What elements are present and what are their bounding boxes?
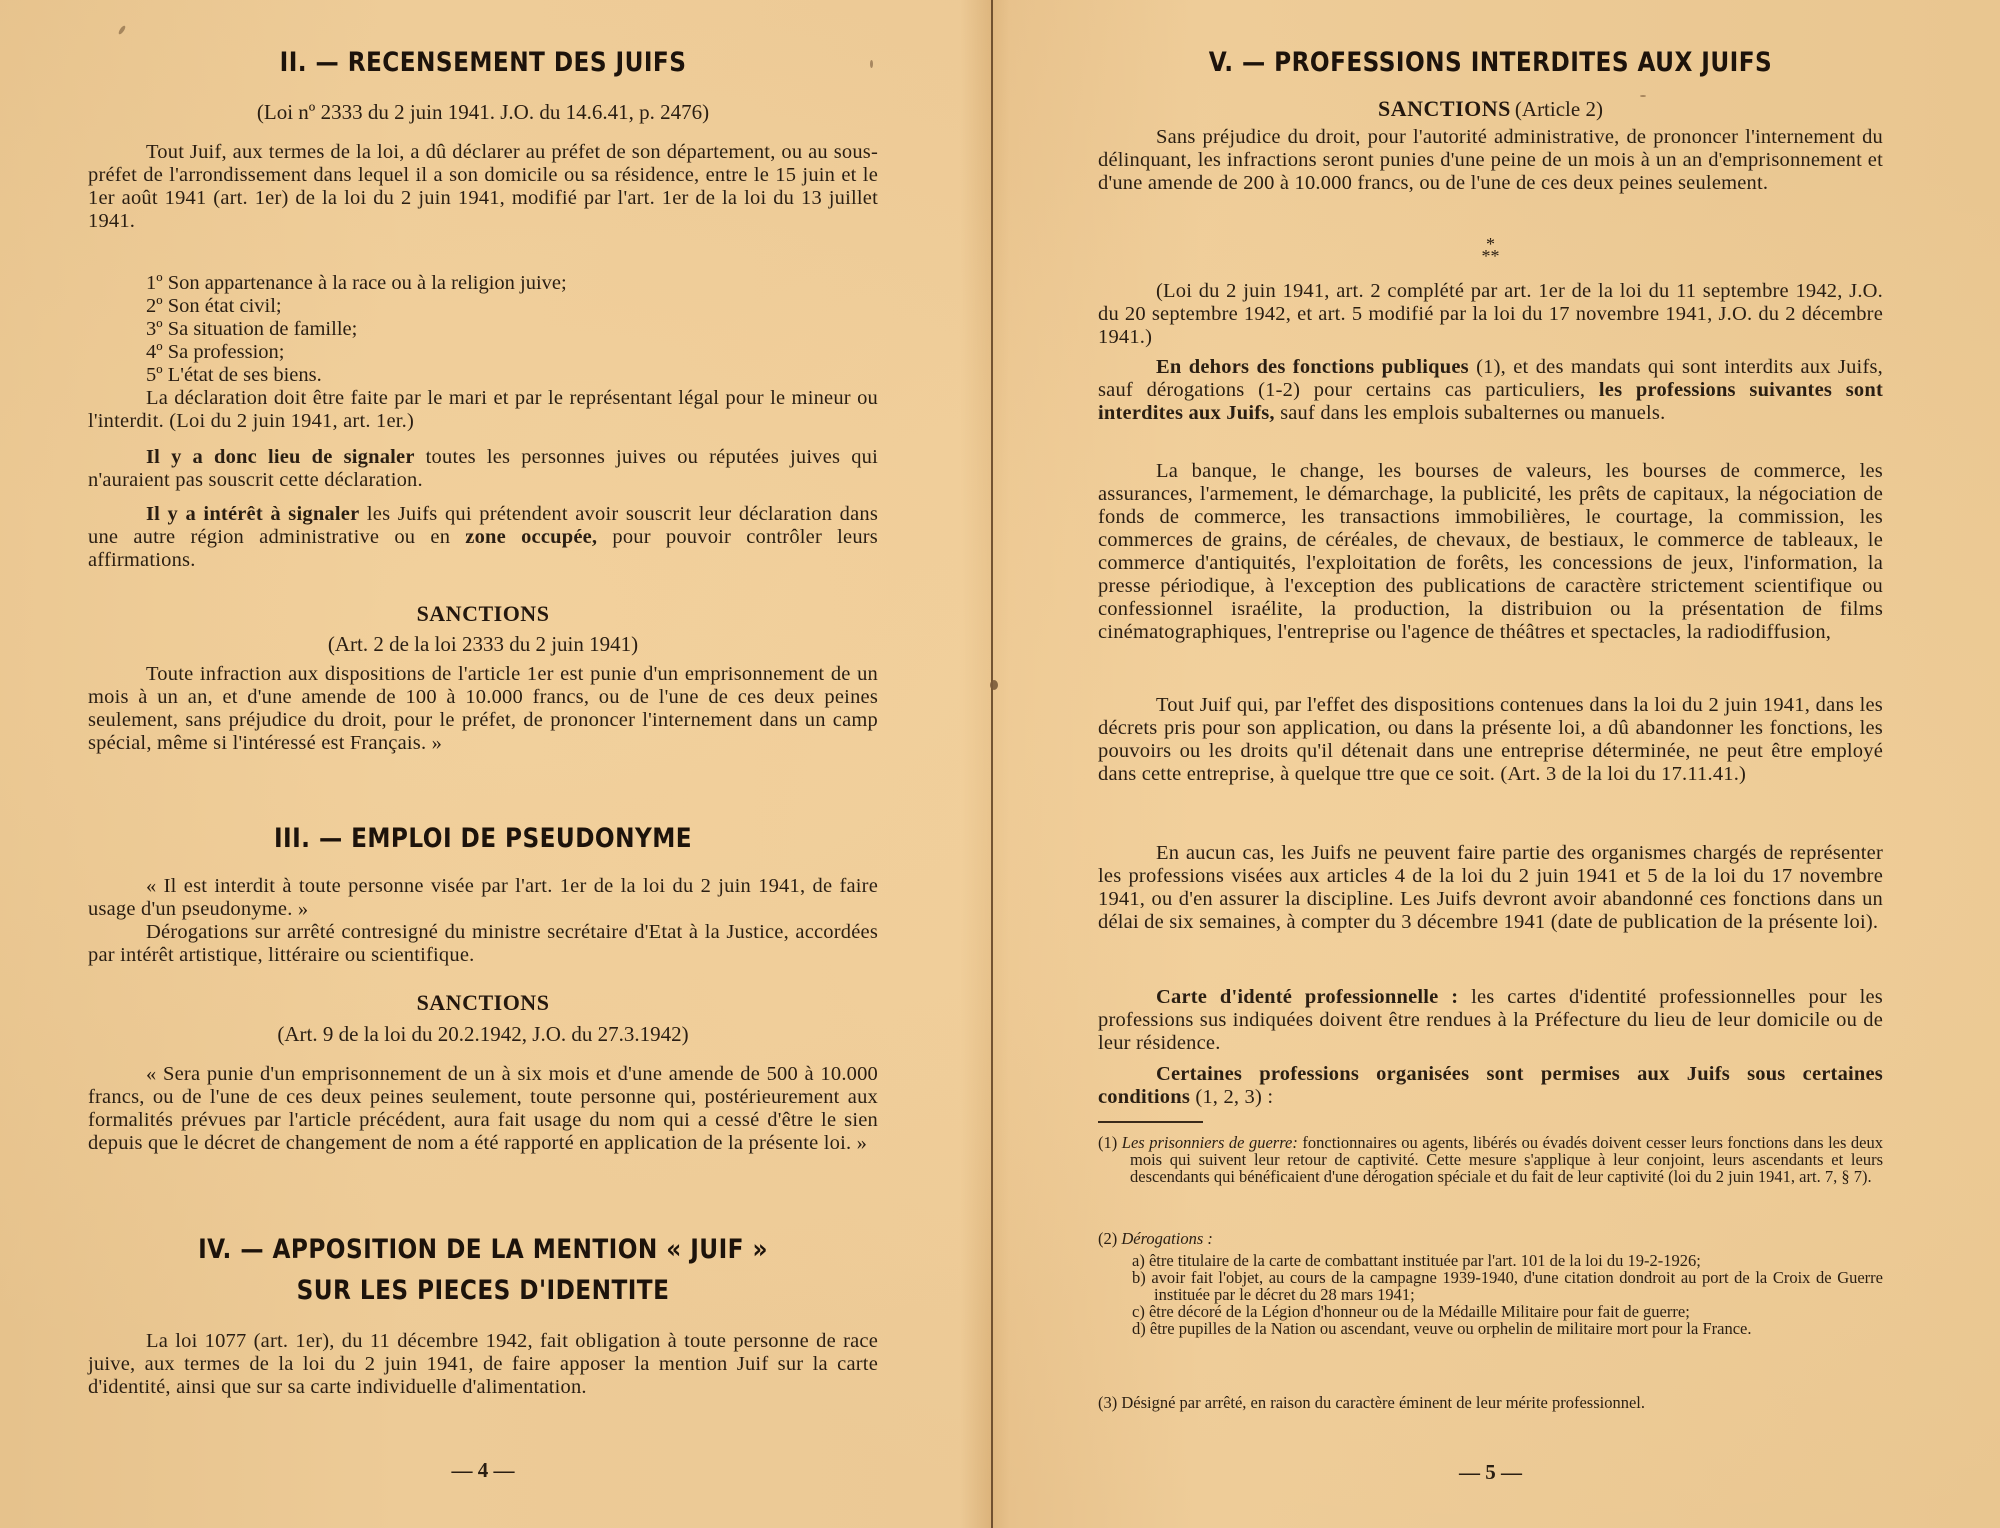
section-ii-title: II. — RECENSEMENT DES JUIFS	[143, 47, 822, 78]
footnote-2-italic: Dérogations :	[1121, 1229, 1213, 1248]
section-ii-sanctions-ref: (Art. 2 de la loi 2333 du 2 juin 1941)	[88, 632, 878, 657]
section-v-sanctions-title: SANCTIONS	[1378, 96, 1511, 121]
signal-2-bold: Il y a intérêt à signaler	[146, 503, 359, 525]
booklet-spread: II. — RECENSEMENT DES JUIFS (Loi nº 2333…	[0, 0, 2000, 1528]
carte-bold: Carte d'identé professionnelle :	[1156, 986, 1458, 1008]
footnote-3: (3) Désigné par arrêté, en raison du car…	[1098, 1394, 1883, 1411]
signal-1-bold: Il y a donc lieu de signaler	[146, 446, 415, 468]
signal-paragraph-1: Il y a donc lieu de signaler toutes les …	[88, 446, 878, 492]
section-iv-text: La loi 1077 (art. 1er), du 11 décembre 1…	[88, 1330, 878, 1399]
footnote-2: (2) Dérogations :	[1098, 1230, 1883, 1247]
outside-public-functions-paragraph: En dehors des fonctions publiques (1), e…	[1098, 356, 1883, 425]
footnote-1-number: (1)	[1098, 1133, 1117, 1152]
section-ii-reference: (Loi nº 2333 du 2 juin 1941. J.O. du 14.…	[88, 100, 878, 125]
section-iii-sanctions-ref: (Art. 9 de la loi du 20.2.1942, J.O. du …	[88, 1022, 878, 1047]
certaines-professions-paragraph: Certaines professions organisées sont pe…	[1098, 1063, 1883, 1109]
list-item: 3º Sa situation de famille;	[146, 318, 878, 341]
page-number-4: — 4 —	[88, 1458, 878, 1483]
footnote-2-item-d: d) être pupilles de la Nation ou ascenda…	[1098, 1320, 1883, 1337]
section-v-sanctions-text: Sans préjudice du droit, pour l'autorité…	[1098, 126, 1883, 195]
section-ii-sanctions-title: SANCTIONS	[88, 601, 878, 627]
section-iii-sanctions-text: « Sera punie d'un emprisonnement de un à…	[88, 1063, 878, 1155]
list-item: 5º L'état de ses biens.	[146, 364, 878, 387]
list-item: 1º Son appartenance à la race ou à la re…	[146, 272, 878, 295]
section-v-sanctions-heading: SANCTIONS (Article 2)	[1098, 96, 1883, 122]
footnote-2-item-a: a) être titulaire de la carte de combatt…	[1098, 1252, 1883, 1269]
page-5: V. — PROFESSIONS INTERDITES AUX JUIFS SA…	[1098, 0, 1883, 1528]
book-gutter	[991, 0, 993, 1528]
asterism-bottom: **	[1098, 250, 1883, 262]
footnote-2-item-b: b) avoir fait l'objet, au cours de la ca…	[1098, 1269, 1883, 1303]
aucun-cas-paragraph: En aucun cas, les Juifs ne peuvent faire…	[1098, 842, 1883, 934]
section-ii-sanctions-text: Toute infraction aux dispositions de l'a…	[88, 663, 878, 755]
outside-bold: En dehors des fonctions publiques	[1156, 356, 1469, 378]
section-iii-title: III. — EMPLOI DE PSEUDONYME	[143, 823, 822, 854]
forbidden-professions-list: La banque, le change, les bourses de val…	[1098, 460, 1883, 644]
signal-paragraph-2: Il y a intérêt à signaler les Juifs qui …	[88, 503, 878, 572]
tout-juif-paragraph: Tout Juif qui, par l'effet des dispositi…	[1098, 694, 1883, 786]
section-v-sanctions-ref: (Article 2)	[1515, 97, 1603, 121]
outside-end: sauf dans les emplois subalternes ou man…	[1275, 402, 1666, 424]
section-ii-intro: Tout Juif, aux termes de la loi, a dû dé…	[88, 141, 878, 233]
footnote-separator	[1098, 1121, 1203, 1123]
list-item: 2º Son état civil;	[146, 295, 878, 318]
section-iii-sanctions-title: SANCTIONS	[88, 990, 878, 1016]
page-number-5: — 5 —	[1098, 1460, 1883, 1485]
footnote-2-item-c: c) être décoré de la Légion d'honneur ou…	[1098, 1303, 1883, 1320]
section-iv-title-line-1: IV. — APPOSITION DE LA MENTION « JUIF »	[143, 1234, 822, 1265]
certaines-text: (1, 2, 3) :	[1190, 1086, 1273, 1108]
section-iii-quote: « Il est interdit à toute personne visée…	[88, 875, 878, 921]
section-iv-title-line-2: SUR LES PIECES D'IDENTITE	[143, 1275, 822, 1306]
list-item: 4º Sa profession;	[146, 341, 878, 364]
section-v-law-reference: (Loi du 2 juin 1941, art. 2 complété par…	[1098, 280, 1883, 349]
carte-identite-paragraph: Carte d'identé professionnelle : les car…	[1098, 986, 1883, 1055]
declaration-paragraph: La déclaration doit être faite par le ma…	[88, 387, 878, 433]
section-v-title: V. — PROFESSIONS INTERDITES AUX JUIFS	[1153, 47, 1828, 78]
staple-mark	[990, 680, 998, 690]
section-iii-derogations: Dérogations sur arrêté contresigné du mi…	[88, 921, 878, 967]
declaration-items-list: 1º Son appartenance à la race ou à la re…	[88, 272, 878, 387]
zone-occupee-bold: zone occupée,	[465, 526, 597, 548]
page-4: II. — RECENSEMENT DES JUIFS (Loi nº 2333…	[88, 0, 878, 1528]
footnote-2-number: (2)	[1098, 1229, 1117, 1248]
footnote-1: (1) Les prisonniers de guerre: fonctionn…	[1098, 1134, 1883, 1185]
